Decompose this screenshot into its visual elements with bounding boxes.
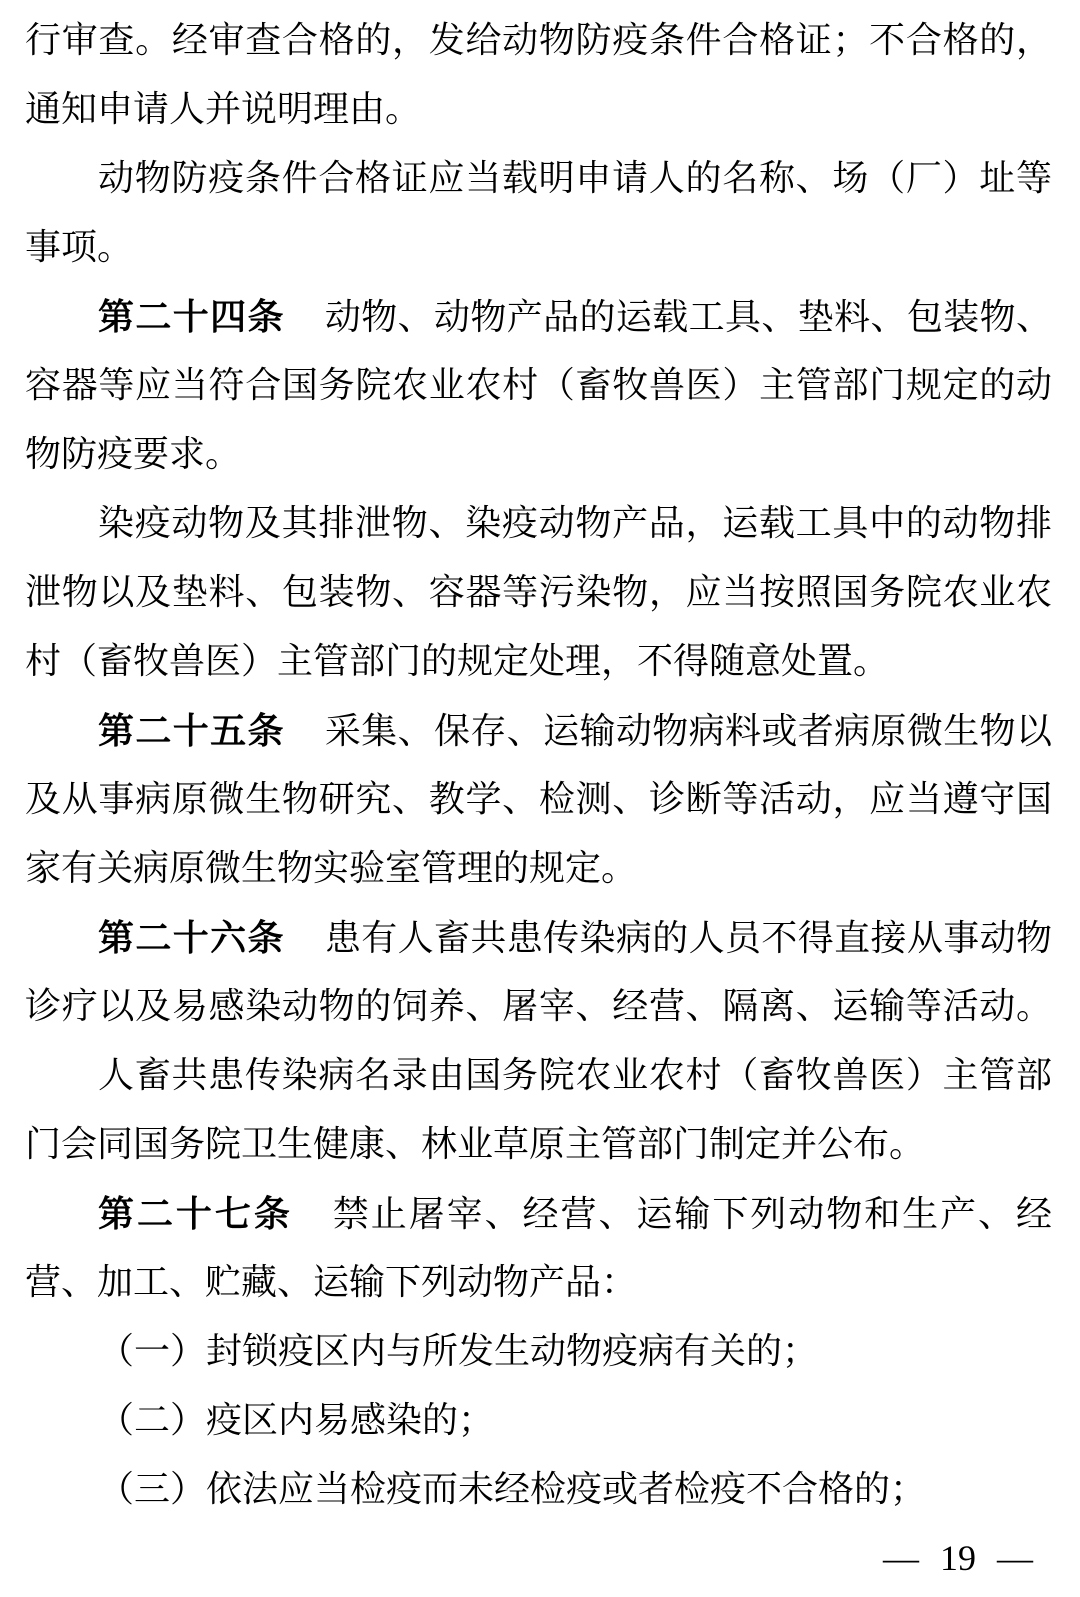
line-text: 诊疗以及易感染动物的饲养、屠宰、经营、隔离、运输等活动。 (25, 986, 1052, 1026)
line-text: 泄物以及垫料、包装物、容器等污染物，应当按照国务院农业农 (25, 572, 1052, 612)
line-text: （一）封锁疫区内与所发生动物疫病有关的； (98, 1331, 818, 1371)
line-text: 物防疫要求。 (25, 434, 241, 474)
text-line-14: 第二十六条患有人畜共患传染病的人员不得直接从事动物 (25, 903, 1052, 972)
text-line-18: 第二十七条禁止屠宰、经营、运输下列动物和生产、经 (25, 1179, 1052, 1248)
line-text: 采集、保存、运输动物病料或者病原微生物以 (325, 711, 1052, 751)
text-block: 行审查。经审查合格的，发给动物防疫条件合格证；不合格的， 通知申请人并说明理由。… (25, 6, 1052, 1524)
text-line-15: 诊疗以及易感染动物的饲养、屠宰、经营、隔离、运输等活动。 (25, 972, 1052, 1041)
text-line-5: 第二十四条动物、动物产品的运载工具、垫料、包装物、 (25, 282, 1052, 351)
line-text: 门会同国务院卫生健康、林业草原主管部门制定并公布。 (25, 1124, 925, 1164)
article-number: 第二十六条 (98, 917, 285, 958)
line-text: 事项。 (25, 227, 133, 267)
line-text: （二）疫区内易感染的； (98, 1400, 494, 1440)
article-number: 第二十五条 (98, 710, 285, 751)
text-line-11: 第二十五条采集、保存、运输动物病料或者病原微生物以 (25, 696, 1052, 765)
line-text: 通知申请人并说明理由。 (25, 89, 421, 129)
text-line-13: 家有关病原微生物实验室管理的规定。 (25, 834, 1052, 903)
line-text: 染疫动物及其排泄物、染疫动物产品，运载工具中的动物排 (98, 503, 1052, 543)
text-line-8: 染疫动物及其排泄物、染疫动物产品，运载工具中的动物排 (25, 489, 1052, 558)
line-text: 禁止屠宰、经营、运输下列动物和生产、经 (333, 1194, 1052, 1234)
article-number: 第二十四条 (98, 296, 285, 337)
page-number: — 19 — (883, 1524, 1033, 1593)
line-text: 村（畜牧兽医）主管部门的规定处理，不得随意处置。 (25, 641, 889, 681)
text-line-9: 泄物以及垫料、包装物、容器等污染物，应当按照国务院农业农 (25, 558, 1052, 627)
line-text: 容器等应当符合国务院农业农村（畜牧兽医）主管部门规定的动 (25, 365, 1052, 405)
line-text: 家有关病原微生物实验室管理的规定。 (25, 848, 637, 888)
text-line-22: （三）依法应当检疫而未经检疫或者检疫不合格的； (25, 1455, 1052, 1524)
text-line-2: 通知申请人并说明理由。 (25, 75, 1052, 144)
text-line-19: 营、加工、贮藏、运输下列动物产品： (25, 1248, 1052, 1317)
text-line-1: 行审查。经审查合格的，发给动物防疫条件合格证；不合格的， (25, 6, 1052, 75)
text-line-4: 事项。 (25, 213, 1052, 282)
line-text: 患有人畜共患传染病的人员不得直接从事动物 (325, 918, 1052, 958)
line-text: 人畜共患传染病名录由国务院农业农村（畜牧兽医）主管部 (98, 1055, 1052, 1095)
text-line-17: 门会同国务院卫生健康、林业草原主管部门制定并公布。 (25, 1110, 1052, 1179)
text-line-16: 人畜共患传染病名录由国务院农业农村（畜牧兽医）主管部 (25, 1041, 1052, 1110)
text-line-7: 物防疫要求。 (25, 420, 1052, 489)
text-line-20: （一）封锁疫区内与所发生动物疫病有关的； (25, 1317, 1052, 1386)
line-text: 行审查。经审查合格的，发给动物防疫条件合格证；不合格的， (25, 20, 1052, 60)
text-line-12: 及从事病原微生物研究、教学、检测、诊断等活动，应当遵守国 (25, 765, 1052, 834)
document-page: 行审查。经审查合格的，发给动物防疫条件合格证；不合格的， 通知申请人并说明理由。… (0, 0, 1080, 1597)
line-text: 营、加工、贮藏、运输下列动物产品： (25, 1262, 637, 1302)
line-text: 及从事病原微生物研究、教学、检测、诊断等活动，应当遵守国 (25, 779, 1052, 819)
text-line-21: （二）疫区内易感染的； (25, 1386, 1052, 1455)
text-line-6: 容器等应当符合国务院农业农村（畜牧兽医）主管部门规定的动 (25, 351, 1052, 420)
text-line-3: 动物防疫条件合格证应当载明申请人的名称、场（厂）址等 (25, 144, 1052, 213)
article-number: 第二十七条 (98, 1193, 293, 1234)
line-text: （三）依法应当检疫而未经检疫或者检疫不合格的； (98, 1469, 926, 1509)
text-line-10: 村（畜牧兽医）主管部门的规定处理，不得随意处置。 (25, 627, 1052, 696)
line-text: 动物防疫条件合格证应当载明申请人的名称、场（厂）址等 (98, 158, 1052, 198)
line-text: 动物、动物产品的运载工具、垫料、包装物、 (325, 297, 1052, 337)
